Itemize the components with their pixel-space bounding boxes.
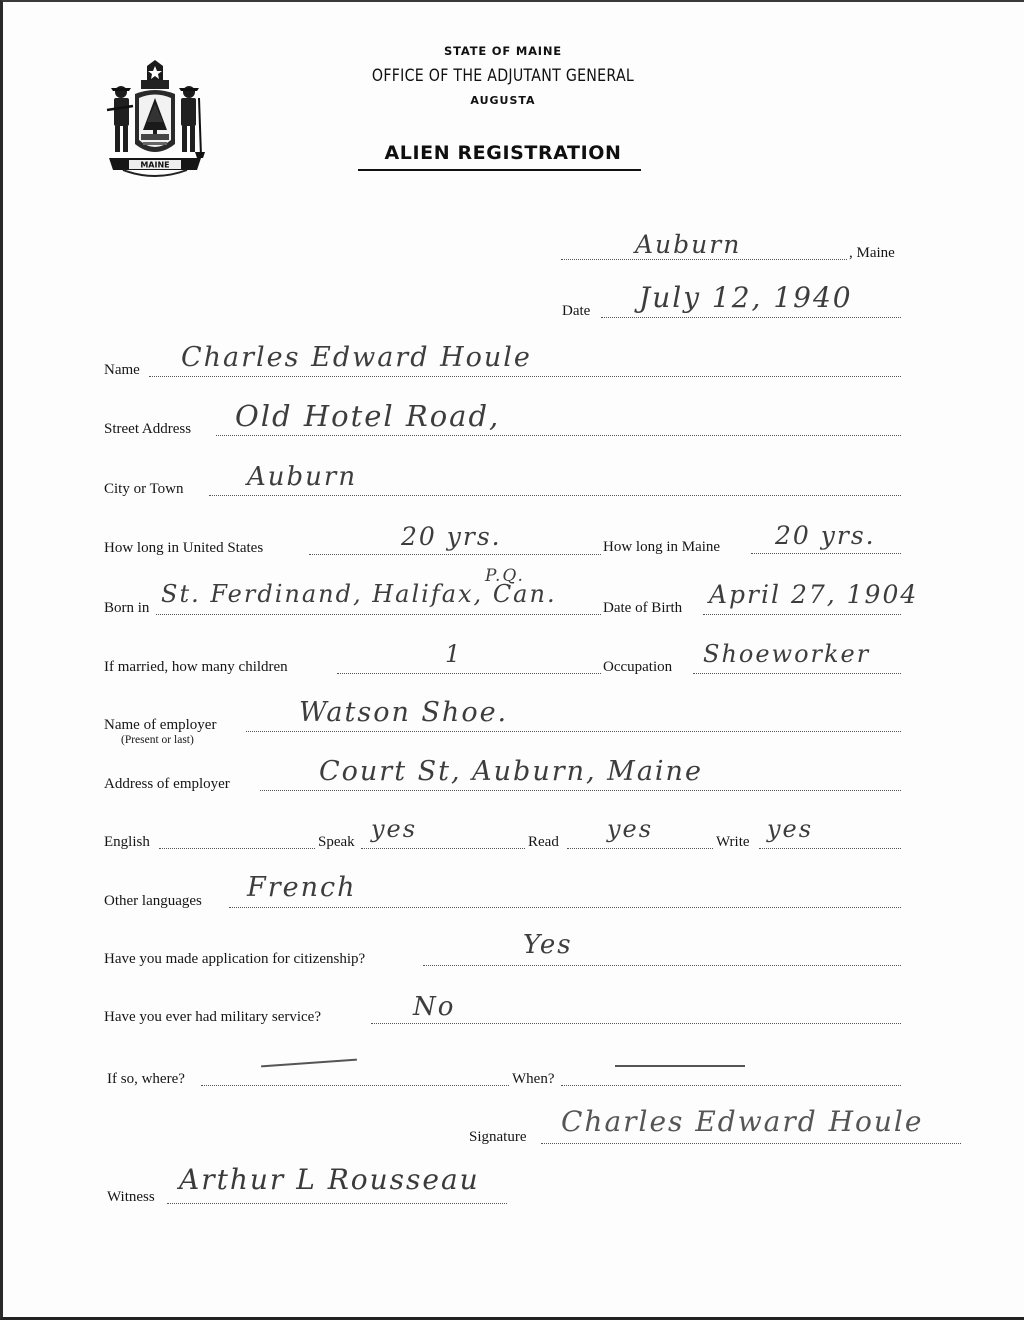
dob-line <box>703 613 901 615</box>
city-line <box>209 494 901 496</box>
witness-line <box>167 1202 507 1204</box>
employer-address-line <box>260 789 901 791</box>
how-long-us-line <box>309 553 601 555</box>
how-long-maine-value[interactable]: 20 yrs. <box>775 523 876 548</box>
registration-form-page: MAINE STATE OF MAINE OFFICE OF THE ADJUT… <box>0 0 1024 1320</box>
street-address-label: Street Address <box>104 422 191 437</box>
write-label: Write <box>716 835 750 850</box>
if-so-where-label: If so, where? <box>107 1072 185 1087</box>
other-languages-line <box>229 906 901 908</box>
citizenship-line <box>423 964 901 966</box>
employer-address-label: Address of employer <box>104 777 230 792</box>
employer-name-value[interactable]: Watson Shoe. <box>299 699 508 726</box>
name-value[interactable]: Charles Edward Houle <box>181 344 532 371</box>
read-label: Read <box>528 835 559 850</box>
occupation-value[interactable]: Shoeworker <box>703 642 870 666</box>
street-address-line <box>216 434 901 436</box>
employer-name-sublabel: (Present or last) <box>121 735 194 747</box>
place-value[interactable]: Auburn <box>635 232 741 257</box>
speak-value[interactable]: yes <box>371 817 417 841</box>
place-suffix: , Maine <box>849 246 895 261</box>
name-label: Name <box>104 363 140 378</box>
employer-address-value[interactable]: Court St, Auburn, Maine <box>319 758 703 785</box>
when-line <box>561 1084 901 1086</box>
citizenship-label: Have you made application for citizenshi… <box>104 952 365 967</box>
other-languages-label: Other languages <box>104 894 202 909</box>
date-label: Date <box>562 304 590 319</box>
occupation-label: Occupation <box>603 660 672 675</box>
if-so-where-line <box>201 1084 509 1086</box>
header-city: AUGUSTA <box>303 94 703 107</box>
how-long-maine-label: How long in Maine <box>603 540 720 555</box>
children-value[interactable]: 1 <box>445 642 462 666</box>
signature-line <box>541 1142 961 1144</box>
employer-name-line <box>246 730 901 732</box>
children-line <box>337 672 601 674</box>
svg-text:MAINE: MAINE <box>140 161 169 170</box>
english-line <box>159 847 315 849</box>
citizenship-value[interactable]: Yes <box>523 932 573 958</box>
street-address-value[interactable]: Old Hotel Road, <box>235 402 500 431</box>
speak-label: Speak <box>318 835 355 850</box>
dob-label: Date of Birth <box>603 601 682 616</box>
how-long-us-value[interactable]: 20 yrs. <box>401 524 502 549</box>
title-underline <box>358 169 641 171</box>
when-value[interactable] <box>615 1065 745 1067</box>
born-in-line <box>156 613 601 615</box>
witness-value[interactable]: Arthur L Rousseau <box>179 1166 480 1194</box>
military-line <box>371 1022 901 1024</box>
children-label: If married, how many children <box>104 660 288 675</box>
when-label: When? <box>512 1072 554 1087</box>
military-label: Have you ever had military service? <box>104 1010 321 1025</box>
occupation-line <box>693 672 901 674</box>
how-long-us-label: How long in United States <box>104 541 263 556</box>
speak-line <box>361 847 525 849</box>
read-value[interactable]: yes <box>607 817 653 841</box>
form-title: ALIEN REGISTRATION <box>323 142 683 164</box>
employer-name-label: Name of employer <box>104 718 216 733</box>
city-label: City or Town <box>104 482 184 497</box>
write-value[interactable]: yes <box>767 817 813 841</box>
other-languages-value[interactable]: French <box>247 874 357 901</box>
if-so-where-value[interactable] <box>261 1059 357 1067</box>
date-line <box>601 316 901 318</box>
read-line <box>567 847 713 849</box>
date-value[interactable]: July 12, 1940 <box>639 284 853 312</box>
english-label: English <box>104 835 150 850</box>
born-in-annotation: P.Q. <box>485 568 525 585</box>
dob-value[interactable]: April 27, 1904 <box>709 582 918 607</box>
header-office: OFFICE OF THE ADJUTANT GENERAL <box>331 66 675 85</box>
born-in-label: Born in <box>104 601 149 616</box>
city-value[interactable]: Auburn <box>247 464 357 490</box>
state-seal-icon: MAINE <box>103 60 207 184</box>
signature-value[interactable]: Charles Edward Houle <box>561 1108 923 1136</box>
how-long-maine-line <box>751 552 901 554</box>
name-line <box>149 375 901 377</box>
military-value[interactable]: No <box>413 994 455 1020</box>
write-line <box>759 847 901 849</box>
header-state: STATE OF MAINE <box>303 44 703 58</box>
witness-label: Witness <box>107 1190 155 1205</box>
signature-label: Signature <box>469 1130 527 1145</box>
